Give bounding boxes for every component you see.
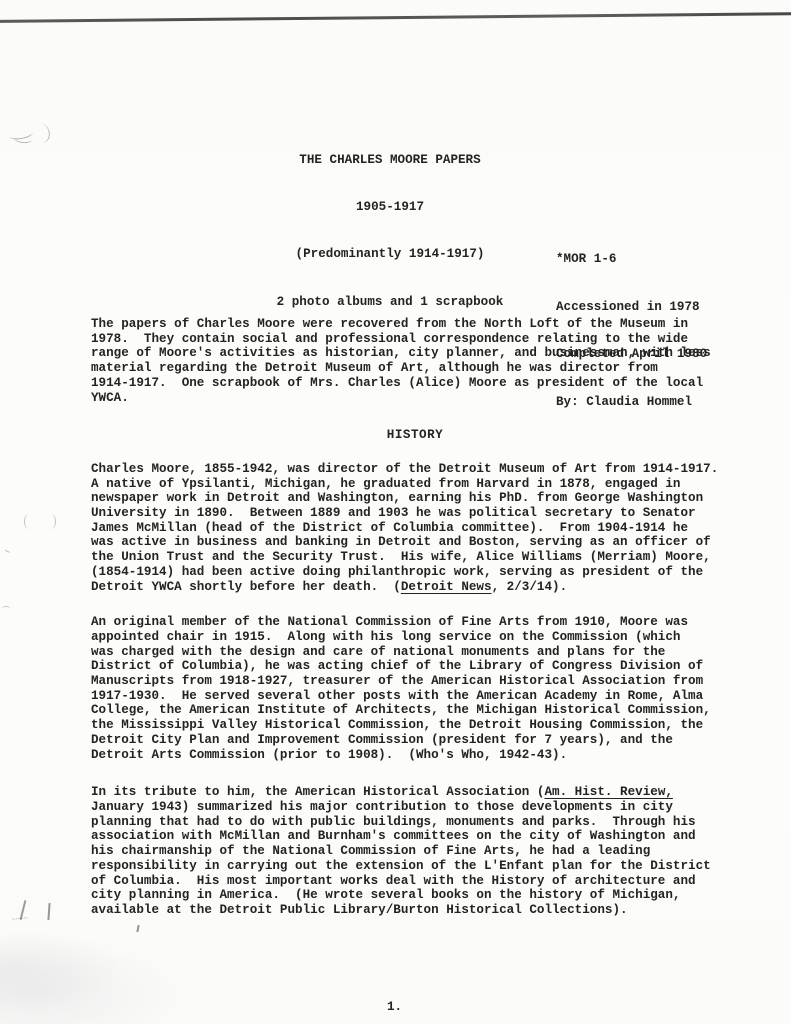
title-line-dates: 1905-1917 xyxy=(195,200,585,216)
history-paragraph-1: Charles Moore, 1855-1942, was director o… xyxy=(91,462,739,594)
history-section-heading: HISTORY xyxy=(91,428,739,443)
document-title-block: THE CHARLES MOORE PAPERS 1905-1917 (Pred… xyxy=(195,121,585,342)
pencil-mark xyxy=(24,514,33,529)
pencil-mark xyxy=(5,544,12,552)
pencil-mark xyxy=(12,912,28,920)
title-line-contents: 2 photo albums and 1 scrapbook xyxy=(195,295,585,311)
pencil-mark xyxy=(8,127,33,141)
pencil-mark xyxy=(14,133,33,144)
pencil-mark xyxy=(47,903,50,920)
title-line-predominant: (Predominantly 1914-1917) xyxy=(195,247,585,263)
scan-top-edge-line xyxy=(0,12,791,22)
scanned-document-page: THE CHARLES MOORE PAPERS 1905-1917 (Pred… xyxy=(0,0,791,1024)
document-body: The papers of Charles Moore were recover… xyxy=(91,317,739,918)
accession-year: Accessioned in 1978 xyxy=(556,300,707,316)
intro-paragraph: The papers of Charles Moore were recover… xyxy=(91,317,739,405)
history-paragraph-2: An original member of the National Commi… xyxy=(91,615,739,762)
pencil-mark xyxy=(47,514,56,529)
title-line-main: THE CHARLES MOORE PAPERS xyxy=(195,153,585,169)
pencil-mark xyxy=(136,925,139,932)
accession-number: *MOR 1-6 xyxy=(556,252,707,268)
pencil-mark xyxy=(2,606,10,612)
page-number: 1. xyxy=(387,1000,402,1014)
pencil-mark xyxy=(20,900,26,920)
pencil-mark xyxy=(39,124,51,144)
tribute-paragraph: In its tribute to him, the American Hist… xyxy=(91,785,739,917)
